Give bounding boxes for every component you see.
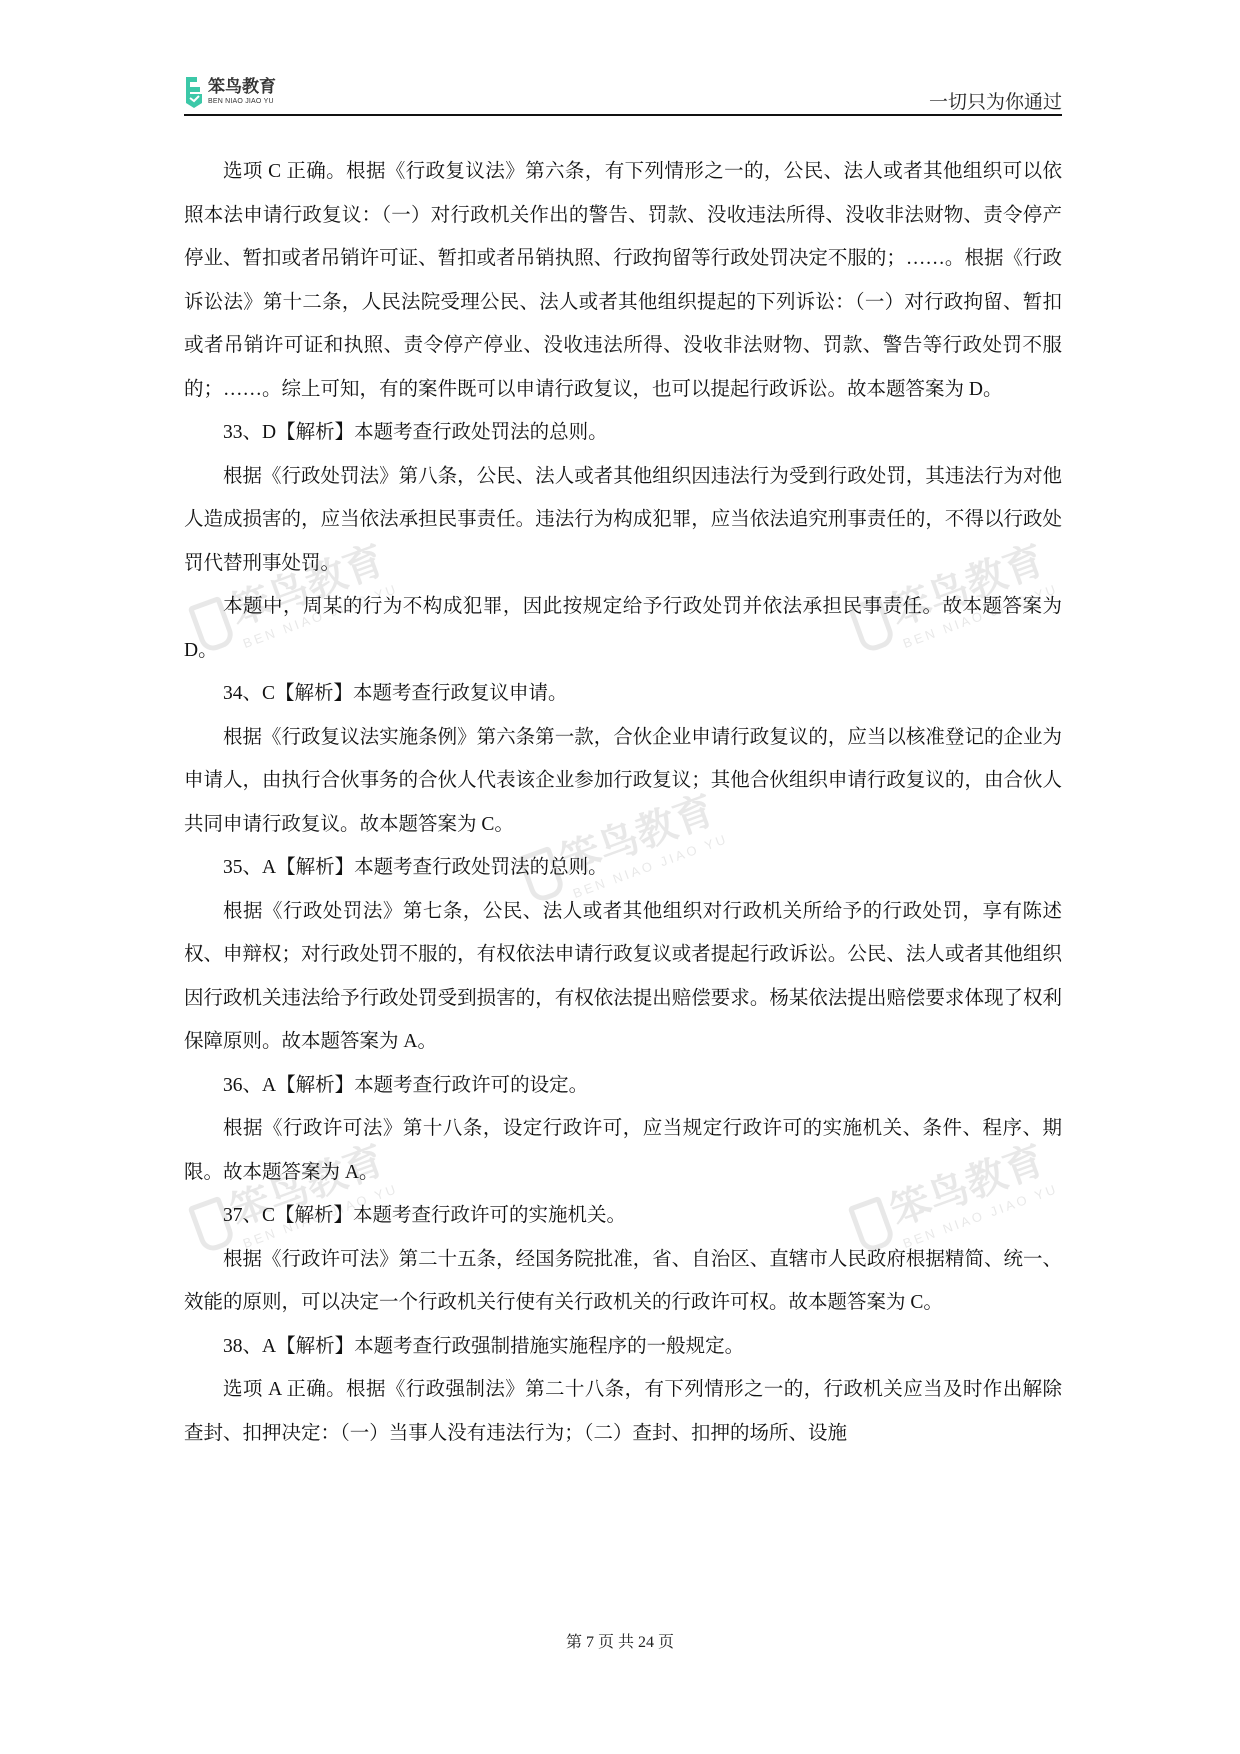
answer-heading-33: 33、D【解析】本题考查行政处罚法的总则。 bbox=[184, 411, 1062, 455]
paragraph: 根据《行政处罚法》第七条，公民、法人或者其他组织对行政机关所给予的行政处罚，享有… bbox=[184, 890, 1062, 1064]
paragraph: 选项 C 正确。根据《行政复议法》第六条，有下列情形之一的，公民、法人或者其他组… bbox=[184, 150, 1062, 411]
paragraph: 根据《行政许可法》第十八条，设定行政许可，应当规定行政许可的实施机关、条件、程序… bbox=[184, 1107, 1062, 1194]
page-number: 第 7 页 共 24 页 bbox=[0, 1629, 1240, 1652]
answer-heading-36: 36、A【解析】本题考查行政许可的设定。 bbox=[184, 1064, 1062, 1108]
paragraph: 本题中，周某的行为不构成犯罪，因此按规定给予行政处罚并依法承担民事责任。故本题答… bbox=[184, 585, 1062, 672]
answer-heading-35: 35、A【解析】本题考查行政处罚法的总则。 bbox=[184, 846, 1062, 890]
shield-logo-icon bbox=[184, 75, 204, 109]
answer-heading-37: 37、C【解析】本题考查行政许可的实施机关。 bbox=[184, 1194, 1062, 1238]
logo-text-cn: 笨鸟教育 bbox=[208, 79, 276, 96]
page-header: 笨鸟教育 BEN NIAO JIAO YU 一切只为你通过 bbox=[184, 70, 1062, 116]
logo-text-en: BEN NIAO JIAO YU bbox=[208, 98, 276, 105]
paragraph: 根据《行政复议法实施条例》第六条第一款，合伙企业申请行政复议的，应当以核准登记的… bbox=[184, 716, 1062, 847]
paragraph: 选项 A 正确。根据《行政强制法》第二十八条，有下列情形之一的，行政机关应当及时… bbox=[184, 1368, 1062, 1455]
paragraph: 根据《行政许可法》第二十五条，经国务院批准，省、自治区、直辖市人民政府根据精简、… bbox=[184, 1238, 1062, 1325]
paragraph: 根据《行政处罚法》第八条，公民、法人或者其他组织因违法行为受到行政处罚，其违法行… bbox=[184, 455, 1062, 586]
header-slogan: 一切只为你通过 bbox=[929, 87, 1062, 114]
header-divider bbox=[184, 114, 1062, 116]
answer-heading-38: 38、A【解析】本题考查行政强制措施实施程序的一般规定。 bbox=[184, 1325, 1062, 1369]
answer-heading-34: 34、C【解析】本题考查行政复议申请。 bbox=[184, 672, 1062, 716]
document-body: 选项 C 正确。根据《行政复议法》第六条，有下列情形之一的，公民、法人或者其他组… bbox=[184, 150, 1062, 1455]
brand-logo: 笨鸟教育 BEN NIAO JIAO YU bbox=[184, 75, 276, 109]
